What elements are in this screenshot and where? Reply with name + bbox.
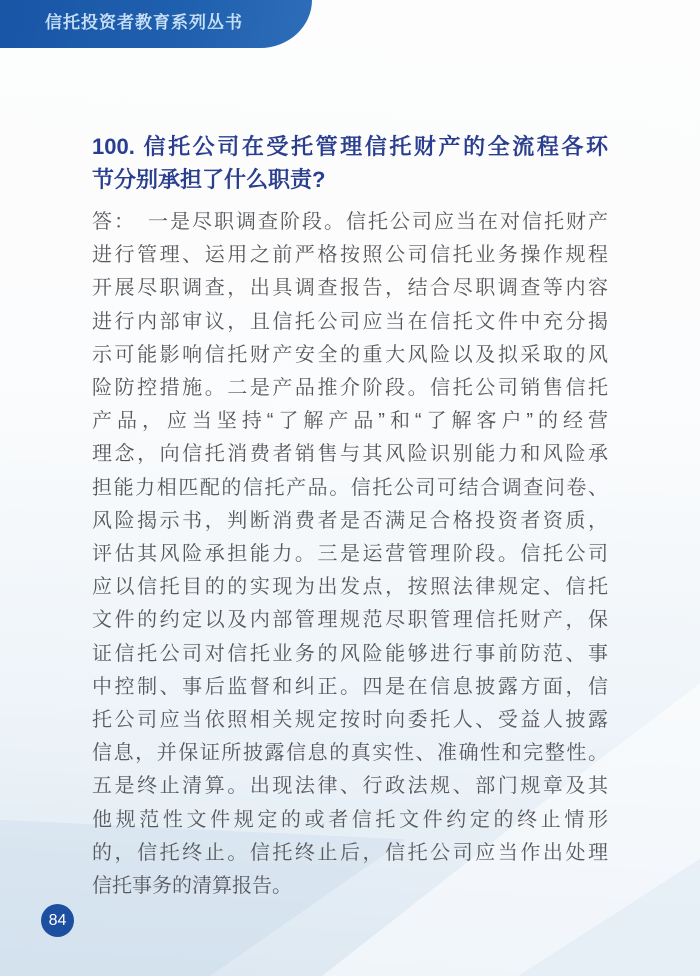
answer-body-line: 答： 一是尽职调查阶段。信托公司应当在对信托财产 — [92, 206, 608, 239]
answer-body-line: 风险揭示书，判断消费者是否满足合格投资者资质， — [92, 505, 608, 538]
answer-body-line: 评估其风险承担能力。三是运营管理阶段。信托公司 — [92, 538, 608, 571]
answer-body-line: 五是终止清算。出现法律、行政法规、部门规章及其 — [92, 770, 608, 803]
answer-body-line: 他规范性文件规定的或者信托文件约定的终止情形 — [92, 804, 608, 837]
answer-body-line: 理念，向信托消费者销售与其风险识别能力和风险承 — [92, 438, 608, 471]
answer-body-line: 应以信托目的的实现为出发点，按照法律规定、信托 — [92, 571, 608, 604]
answer-body-line: 险防控措施。二是产品推介阶段。信托公司销售信托 — [92, 372, 608, 405]
answer-body-line: 开展尽职调查，出具调查报告，结合尽职调查等内容 — [92, 272, 608, 305]
answer-body-line: 信托事务的清算报告。 — [92, 870, 608, 903]
page-number-badge: 84 — [41, 904, 74, 937]
answer-body-line: 文件的约定以及内部管理规范尽职管理信托财产，保 — [92, 604, 608, 637]
answer-body-line: 托公司应当依照相关规定按时向委托人、受益人披露 — [92, 704, 608, 737]
answer-body-line: 中控制、事后监督和纠正。四是在信息披露方面，信 — [92, 671, 608, 704]
answer-body-line: 证信托公司对信托业务的风险能够进行事前防范、事 — [92, 638, 608, 671]
series-banner: 信托投资者教育系列丛书 — [0, 0, 312, 48]
question-title-line: 节分别承担了什么职责? — [92, 163, 608, 196]
book-page: 信托投资者教育系列丛书 100. 信托公司在受托管理信托财产的全流程各环节分别承… — [0, 0, 700, 976]
question-title: 100. 信托公司在受托管理信托财产的全流程各环节分别承担了什么职责? — [92, 130, 608, 196]
answer-body-line: 信息，并保证所披露信息的真实性、准确性和完整性。 — [92, 737, 608, 770]
answer-body-line: 的，信托终止。信托终止后，信托公司应当作出处理 — [92, 837, 608, 870]
answer-body-line: 进行管理、运用之前严格按照公司信托业务操作规程 — [92, 239, 608, 272]
answer-body-line: 产品，应当坚持“了解产品”和“了解客户”的经营 — [92, 405, 608, 438]
answer-body-line: 进行内部审议，且信托公司应当在信托文件中充分揭 — [92, 306, 608, 339]
answer-body-line: 担能力相匹配的信托产品。信托公司可结合调查问卷、 — [92, 472, 608, 505]
answer-body: 答： 一是尽职调查阶段。信托公司应当在对信托财产进行管理、运用之前严格按照公司信… — [92, 206, 608, 903]
answer-body-line: 示可能影响信托财产安全的重大风险以及拟采取的风 — [92, 339, 608, 372]
series-title: 信托投资者教育系列丛书 — [45, 0, 243, 46]
question-title-line: 100. 信托公司在受托管理信托财产的全流程各环 — [92, 130, 608, 163]
page-number: 84 — [49, 912, 67, 930]
